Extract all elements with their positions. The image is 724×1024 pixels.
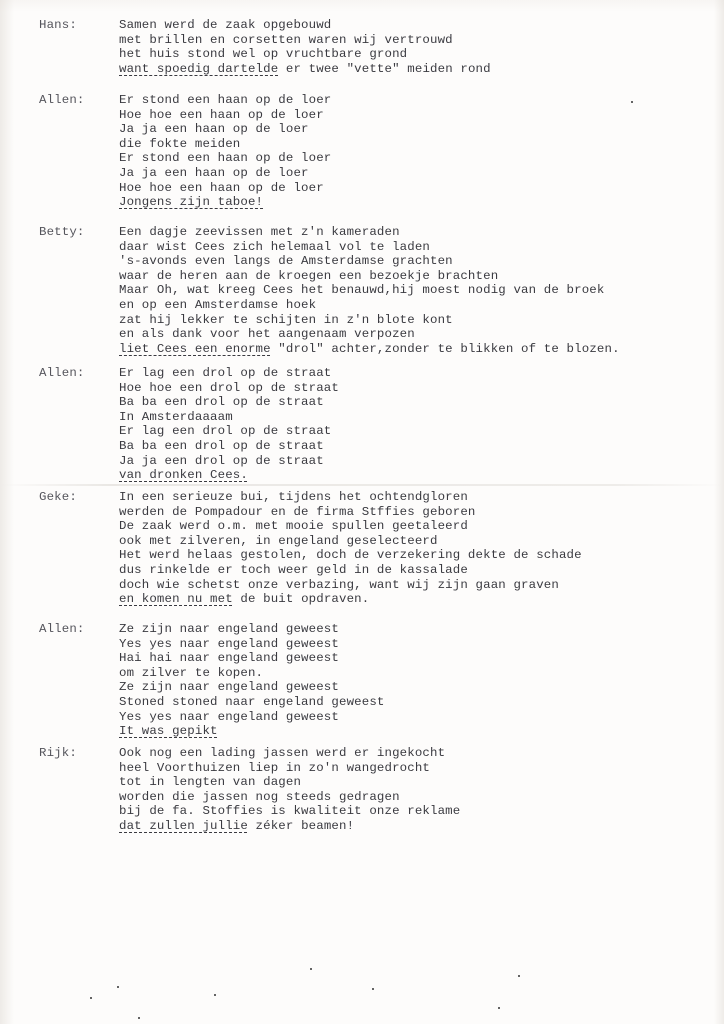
lyric-line: en komen nu met de buit opdraven. xyxy=(119,592,582,607)
lyric-text: dus rinkelde er toch weer geld in de kas… xyxy=(119,563,468,577)
underlined-phrase: liet Cees een enorme xyxy=(119,342,271,356)
underlined-phrase: dat zullen jullie xyxy=(119,819,248,833)
dust-speck xyxy=(117,986,119,988)
lyric-text: het huis stond wel op vruchtbare grond xyxy=(119,47,407,61)
dust-speck xyxy=(90,997,92,999)
lyric-line: heel Voorthuizen liep in zo'n wangedroch… xyxy=(119,761,460,776)
lyric-text: Ze zijn naar engeland geweest xyxy=(119,680,339,694)
lyric-line: In een serieuze bui, tijdens het ochtend… xyxy=(119,490,582,505)
lyric-text: worden die jassen nog steeds gedragen xyxy=(119,790,400,804)
underlined-phrase: Jongens zijn taboe! xyxy=(119,195,263,209)
lyric-text: en als dank voor het aangenaam verpozen xyxy=(119,327,415,341)
lyric-lines: Samen werd de zaak opgebouwdmet brillen … xyxy=(119,18,491,76)
lyric-text: doch wie schetst onze verbazing, want wi… xyxy=(119,578,559,592)
lyric-line: Hoe hoe een drol op de straat xyxy=(119,381,339,396)
lyric-text: Hoe hoe een drol op de straat xyxy=(119,381,339,395)
lyric-text: zat hij lekker te schijten in z'n blote … xyxy=(119,313,453,327)
lyric-text: werden de Pompadour en de firma Stffies … xyxy=(119,505,476,519)
lyric-lines: Er stond een haan op de loerHoe hoe een … xyxy=(119,93,331,210)
lyric-lines: In een serieuze bui, tijdens het ochtend… xyxy=(119,490,582,607)
lyric-line: Ba ba een drol op de straat xyxy=(119,395,339,410)
lyric-line: want spoedig dartelde er twee "vette" me… xyxy=(119,62,491,77)
speaker-label: Hans: xyxy=(39,18,77,33)
lyric-text: Stoned stoned naar engeland geweest xyxy=(119,695,385,709)
lyric-line: liet Cees een enorme "drol" achter,zonde… xyxy=(119,342,620,357)
lyric-lines: Ze zijn naar engeland geweestYes yes naa… xyxy=(119,622,385,739)
lyric-lines: Er lag een drol op de straatHoe hoe een … xyxy=(119,366,339,483)
lyric-text: Yes yes naar engeland geweest xyxy=(119,637,339,651)
lyric-text: Het werd helaas gestolen, doch de verzek… xyxy=(119,548,582,562)
underlined-phrase: It was gepikt xyxy=(119,724,218,738)
dust-speck xyxy=(310,968,312,970)
paper-fold-line xyxy=(0,484,724,486)
lyric-text: Maar Oh, wat kreeg Cees het benauwd,hij … xyxy=(119,283,604,297)
lyric-text: bij de fa. Stoffies is kwaliteit onze re… xyxy=(119,804,460,818)
speaker-label: Allen: xyxy=(39,366,85,381)
lyric-line: Jongens zijn taboe! xyxy=(119,195,331,210)
dust-speck xyxy=(498,1007,500,1009)
lyric-text: die fokte meiden xyxy=(119,137,240,151)
lyric-line: bij de fa. Stoffies is kwaliteit onze re… xyxy=(119,804,460,819)
lyric-line: en als dank voor het aangenaam verpozen xyxy=(119,327,620,342)
lyric-text: In een serieuze bui, tijdens het ochtend… xyxy=(119,490,468,504)
lyric-line: van dronken Cees. xyxy=(119,468,339,483)
speaker-label: Allen: xyxy=(39,622,85,637)
lyric-line: het huis stond wel op vruchtbare grond xyxy=(119,47,491,62)
lyric-line: Ba ba een drol op de straat xyxy=(119,439,339,454)
lyric-line: die fokte meiden xyxy=(119,137,331,152)
underlined-phrase: want spoedig dartelde xyxy=(119,62,278,76)
lyric-text: heel Voorthuizen liep in zo'n wangedroch… xyxy=(119,761,430,775)
lyric-text: De zaak werd o.m. met mooie spullen geet… xyxy=(119,519,468,533)
lyric-text: Ja ja een drol op de straat xyxy=(119,454,324,468)
lyric-line: Maar Oh, wat kreeg Cees het benauwd,hij … xyxy=(119,283,620,298)
lyric-line: 's-avonds even langs de Amsterdamse grac… xyxy=(119,254,620,269)
lyric-text: zéker beamen! xyxy=(248,819,354,833)
dust-speck xyxy=(372,988,374,990)
lyric-text: om zilver te kopen. xyxy=(119,666,263,680)
lyric-text: Hoe hoe een haan op de loer xyxy=(119,108,324,122)
lyric-line: Er stond een haan op de loer xyxy=(119,93,331,108)
speaker-label: Rijk: xyxy=(39,746,77,761)
lyric-line: Samen werd de zaak opgebouwd xyxy=(119,18,491,33)
lyric-text: "drol" achter,zonder te blikken of te bl… xyxy=(271,342,620,356)
lyric-line: Ja ja een drol op de straat xyxy=(119,454,339,469)
lyric-text: tot in lengten van dagen xyxy=(119,775,301,789)
lyric-line: dat zullen jullie zéker beamen! xyxy=(119,819,460,834)
speaker-label: Allen: xyxy=(39,93,85,108)
lyric-line: Ja ja een haan op de loer xyxy=(119,122,331,137)
underlined-phrase: van dronken Cees. xyxy=(119,468,248,482)
lyric-line: Hai hai naar engeland geweest xyxy=(119,651,385,666)
lyric-line: Stoned stoned naar engeland geweest xyxy=(119,695,385,710)
lyric-line: en op een Amsterdamse hoek xyxy=(119,298,620,313)
lyric-text: Een dagje zeevissen met z'n kameraden xyxy=(119,225,400,239)
lyric-line: Er lag een drol op de straat xyxy=(119,424,339,439)
dust-speck xyxy=(214,994,216,996)
lyric-text: Er lag een drol op de straat xyxy=(119,366,331,380)
speaker-label: Betty: xyxy=(39,225,85,240)
lyric-line: waar de heren aan de kroegen een bezoekj… xyxy=(119,269,620,284)
lyric-text: Ja ja een haan op de loer xyxy=(119,166,309,180)
lyric-text: er twee "vette" meiden rond xyxy=(278,62,490,76)
lyric-lines: Een dagje zeevissen met z'n kameradendaa… xyxy=(119,225,620,356)
lyric-line: zat hij lekker te schijten in z'n blote … xyxy=(119,313,620,328)
dust-speck xyxy=(138,1017,140,1019)
lyric-text: Er stond een haan op de loer xyxy=(119,151,331,165)
lyric-text: Er stond een haan op de loer xyxy=(119,93,331,107)
lyric-line: om zilver te kopen. xyxy=(119,666,385,681)
lyric-line: Yes yes naar engeland geweest xyxy=(119,637,385,652)
lyric-text: Hoe hoe een haan op de loer xyxy=(119,181,324,195)
lyric-text: In Amsterdaaaam xyxy=(119,410,233,424)
lyric-line: Yes yes naar engeland geweest xyxy=(119,710,385,725)
lyric-line: De zaak werd o.m. met mooie spullen geet… xyxy=(119,519,582,534)
lyric-text: Ja ja een haan op de loer xyxy=(119,122,309,136)
lyric-line: It was gepikt xyxy=(119,724,385,739)
lyric-line: Het werd helaas gestolen, doch de verzek… xyxy=(119,548,582,563)
dust-speck xyxy=(518,975,520,977)
lyric-text: Samen werd de zaak opgebouwd xyxy=(119,18,331,32)
lyric-text: Ba ba een drol op de straat xyxy=(119,439,324,453)
lyric-line: tot in lengten van dagen xyxy=(119,775,460,790)
lyric-text: 's-avonds even langs de Amsterdamse grac… xyxy=(119,254,453,268)
lyric-line: met brillen en corsetten waren wij vertr… xyxy=(119,33,491,48)
lyric-line: Een dagje zeevissen met z'n kameraden xyxy=(119,225,620,240)
lyric-line: worden die jassen nog steeds gedragen xyxy=(119,790,460,805)
lyric-line: Er stond een haan op de loer xyxy=(119,151,331,166)
lyric-line: Er lag een drol op de straat xyxy=(119,366,339,381)
lyric-line: Ja ja een haan op de loer xyxy=(119,166,331,181)
lyric-line: Hoe hoe een haan op de loer xyxy=(119,108,331,123)
lyric-line: daar wist Cees zich helemaal vol te lade… xyxy=(119,240,620,255)
lyric-text: Er lag een drol op de straat xyxy=(119,424,331,438)
lyric-text: Ze zijn naar engeland geweest xyxy=(119,622,339,636)
lyric-text: waar de heren aan de kroegen een bezoekj… xyxy=(119,269,498,283)
lyric-text: de buit opdraven. xyxy=(233,592,370,606)
lyric-line: werden de Pompadour en de firma Stffies … xyxy=(119,505,582,520)
lyric-text: en op een Amsterdamse hoek xyxy=(119,298,316,312)
lyric-line: In Amsterdaaaam xyxy=(119,410,339,425)
lyric-line: dus rinkelde er toch weer geld in de kas… xyxy=(119,563,582,578)
lyric-line: Ze zijn naar engeland geweest xyxy=(119,680,385,695)
lyric-line: doch wie schetst onze verbazing, want wi… xyxy=(119,578,582,593)
underlined-phrase: en komen nu met xyxy=(119,592,233,606)
speaker-label: Geke: xyxy=(39,490,77,505)
lyric-text: Yes yes naar engeland geweest xyxy=(119,710,339,724)
lyric-lines: Ook nog een lading jassen werd er ingeko… xyxy=(119,746,460,834)
lyric-line: Ze zijn naar engeland geweest xyxy=(119,622,385,637)
lyric-text: met brillen en corsetten waren wij vertr… xyxy=(119,33,453,47)
lyric-text: Hai hai naar engeland geweest xyxy=(119,651,339,665)
lyric-text: Ook nog een lading jassen werd er ingeko… xyxy=(119,746,445,760)
lyric-text: ook met zilveren, in engeland geselectee… xyxy=(119,534,438,548)
dust-speck xyxy=(631,101,633,103)
lyric-text: Ba ba een drol op de straat xyxy=(119,395,324,409)
lyric-line: Ook nog een lading jassen werd er ingeko… xyxy=(119,746,460,761)
lyric-line: Hoe hoe een haan op de loer xyxy=(119,181,331,196)
lyric-line: ook met zilveren, in engeland geselectee… xyxy=(119,534,582,549)
lyric-text: daar wist Cees zich helemaal vol te lade… xyxy=(119,240,430,254)
